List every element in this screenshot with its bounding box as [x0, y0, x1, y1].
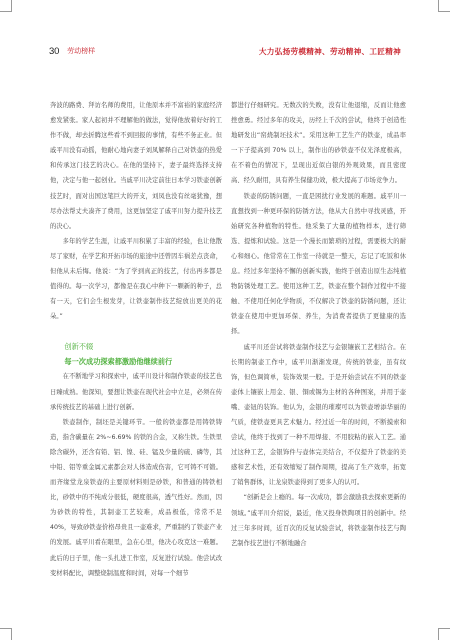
paragraph: 奔波的路费、拜访名师的费用，让他原本并不富裕的家庭经济愈发紧张。家人起初并不理解…: [50, 98, 222, 234]
subheading: 每一次成功探索都激励他继续前行: [50, 355, 222, 370]
subheading: 创新不辍: [50, 340, 222, 355]
paragraph: “创新是会上瘾的。每一次成功，都会激励我去探索更新的领域。”戚平川介绍说，最近，…: [231, 490, 406, 550]
header-left: 30 劳动榜样: [49, 46, 95, 57]
crop-mark-top-left: [0, 0, 12, 12]
section-title: 劳动榜样: [67, 46, 95, 56]
crop-mark-bottom-left: [0, 628, 12, 640]
paragraph: 都进行仔细研究。无数次的失败，没有让他退缩，反而让他愈挫愈勇。经过多年的攻关，历…: [231, 98, 406, 189]
page-number: 30: [49, 46, 59, 57]
paragraph: 戚平川还尝试将铁壶制作技艺与金银镶嵌工艺相结合。在长期的制壶工作中，戚平川渐渐发…: [231, 340, 406, 491]
crop-mark-top-right: [438, 0, 450, 12]
paragraph: 多年的学艺生涯，让戚平川积累了丰富的经验，也让他散尽了家财，在学艺和开拓市场的旅…: [50, 234, 222, 325]
header-slogan: 大力弘扬劳模精神、劳动精神、工匠精神: [259, 46, 401, 57]
paragraph: 铁壶的防锈问题，一直是困扰行业发展的难题。戚平川一直想找到一种更环保的防锈方法，…: [231, 189, 406, 340]
crop-mark-bottom-right: [438, 628, 450, 640]
paragraph: 铁壶制作，制坯是关键环节。一般的铁壶都是用铸铁铸造，指含碳量在 2%~6.69%…: [50, 415, 222, 581]
page-header: 30 劳动榜样 大力弘扬劳模精神、劳动精神、工匠精神: [49, 44, 401, 58]
right-column: 都进行仔细研究。无数次的失败，没有让他退缩，反而让他愈挫愈勇。经过多年的攻关，历…: [231, 98, 406, 551]
paragraph: 在不断地学习和探索中，戚平川设计和制作铁壶的技艺也日臻成熟。他深知，要想让铁壶在…: [50, 369, 222, 414]
left-column: 奔波的路费、拜访名师的费用，让他原本并不富裕的家庭经济愈发紧张。家人起初并不理解…: [50, 98, 222, 581]
